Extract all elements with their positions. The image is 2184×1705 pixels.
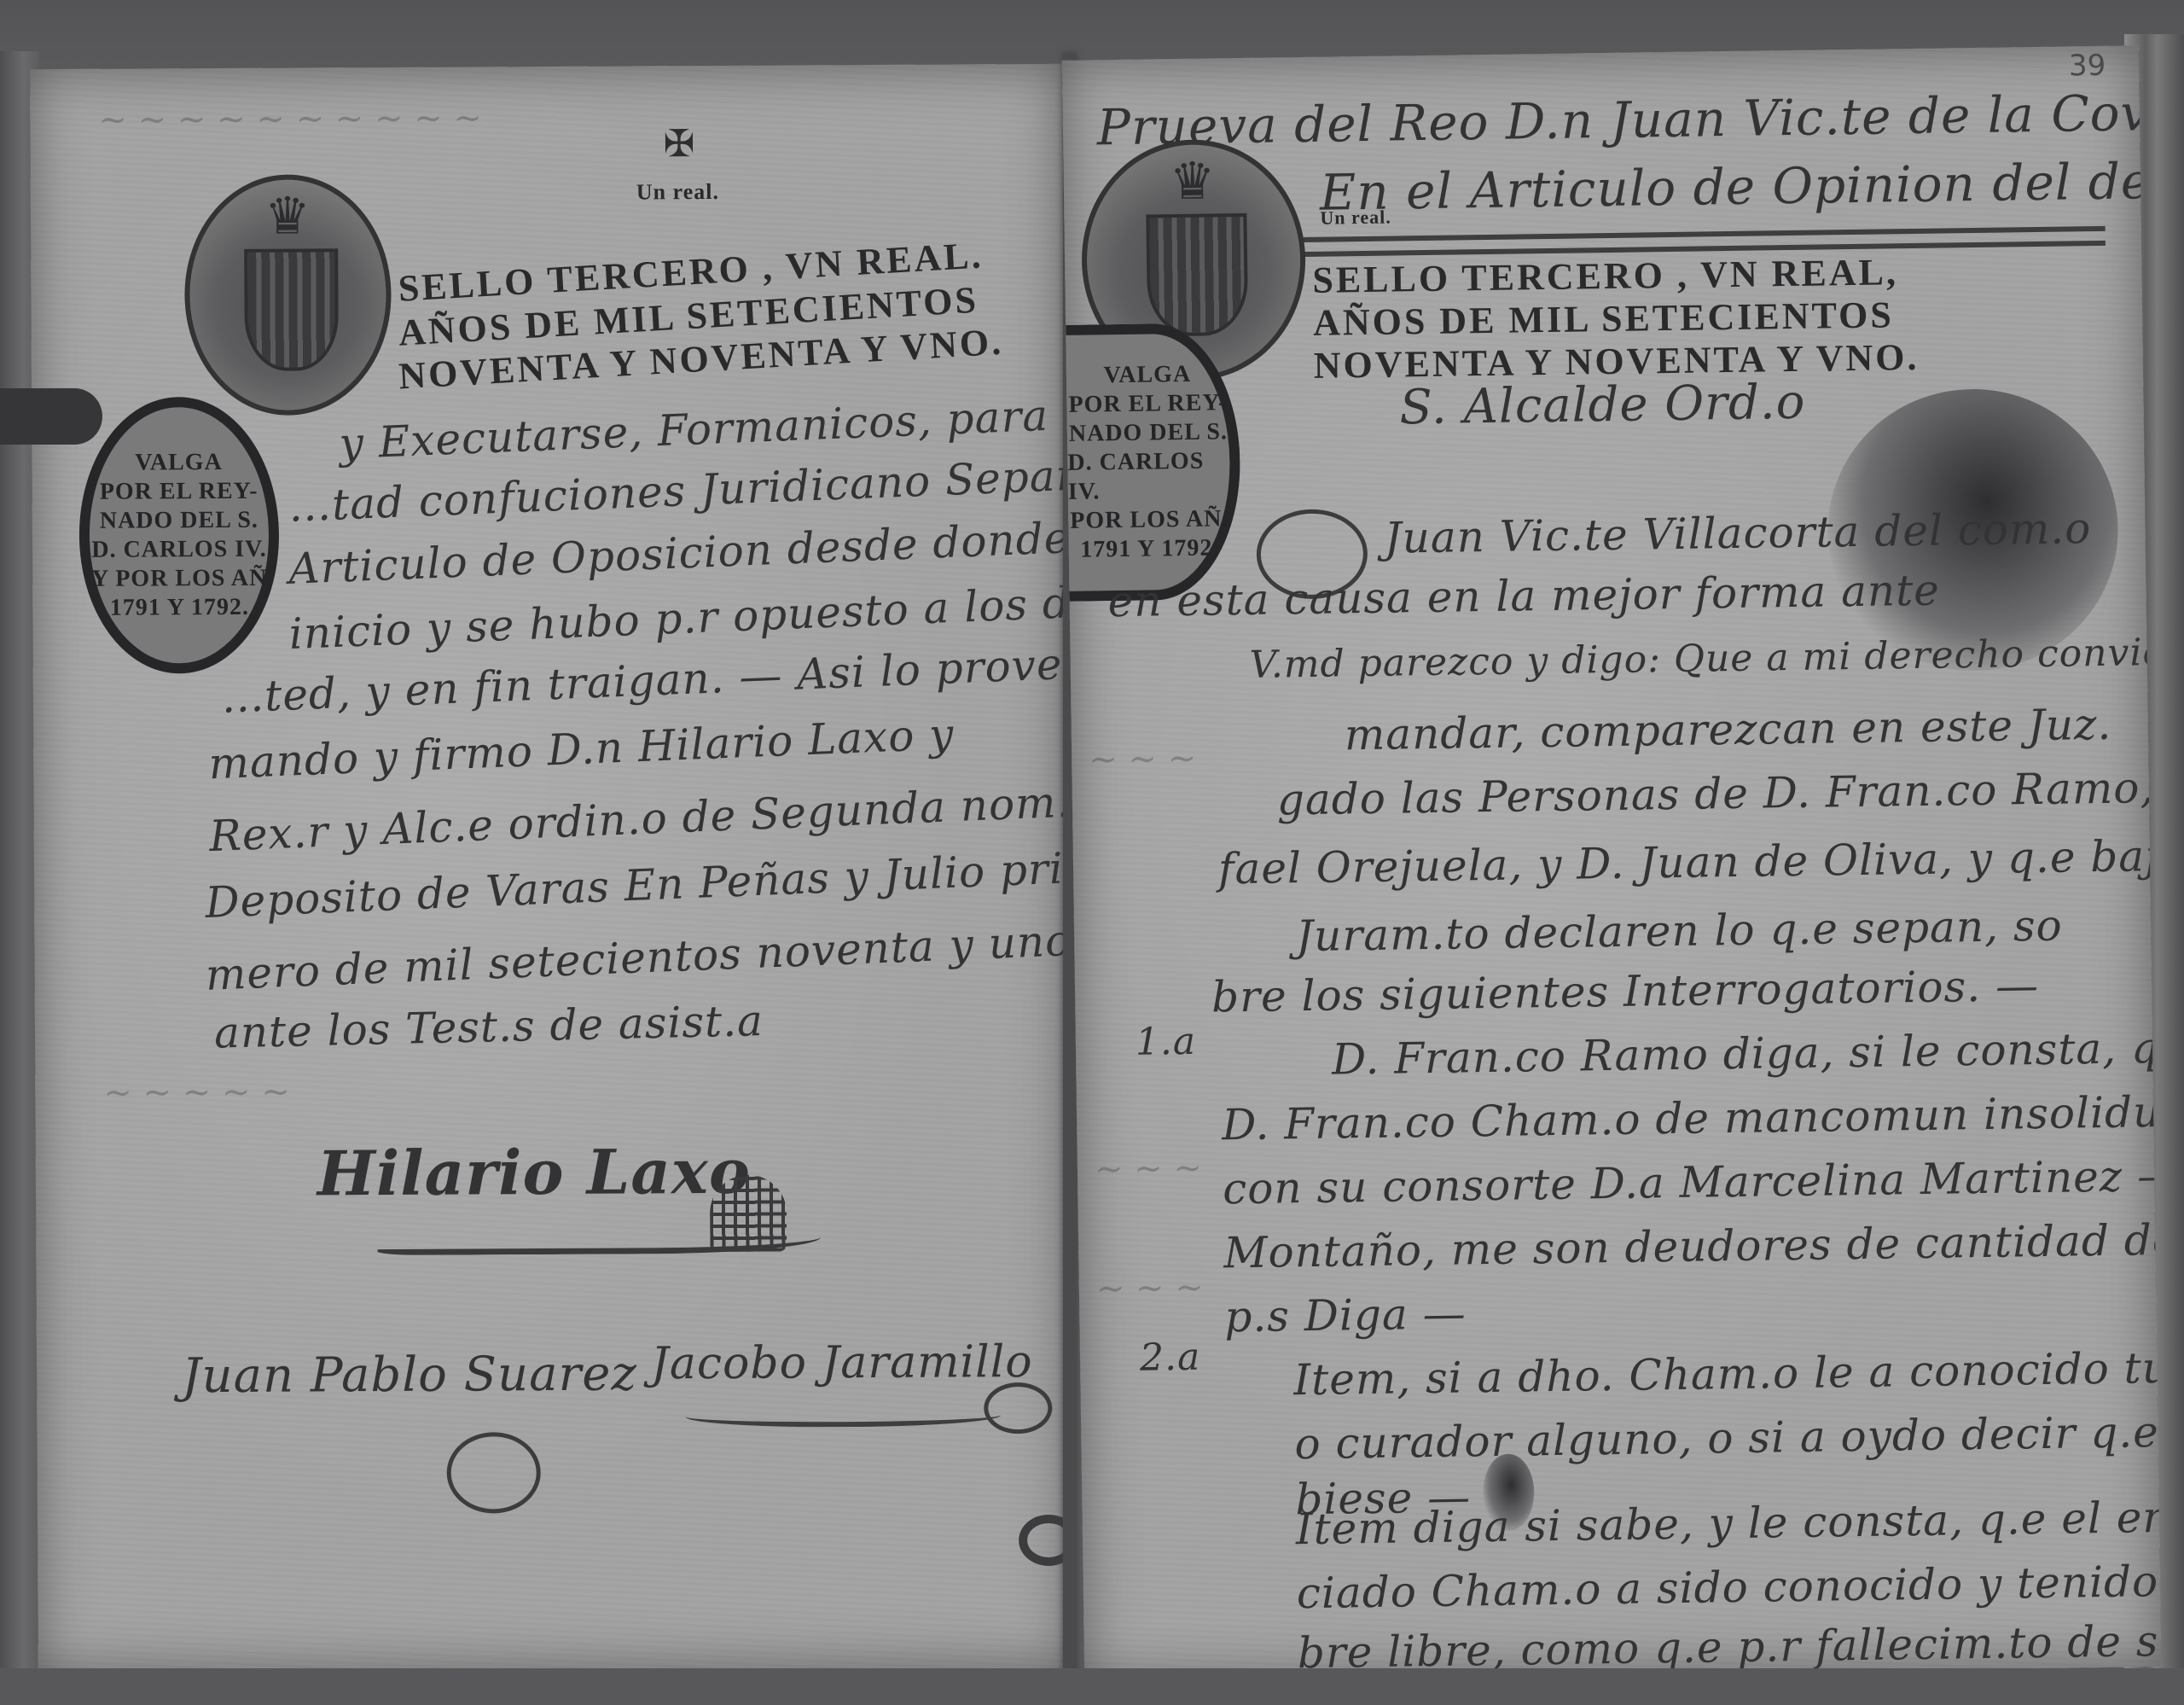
body-line: gado las Personas de D. Fran.co Ramo, Ra	[1277, 765, 2162, 822]
body-line: ante los Test.s de asist.a	[213, 999, 764, 1055]
valga-line: D. CARLOS IV.	[1067, 446, 1230, 507]
valga-line: VALGA	[1103, 360, 1191, 390]
heading-line-1: Prueva del Reo D.n Juan Vic.te de la Cov…	[1096, 88, 2161, 153]
valga-line: Y POR LOS AÑ	[91, 564, 267, 594]
crown-icon: ♛	[264, 186, 311, 246]
body-line: o curador alguno, o si a oydo decir q.e …	[1294, 1409, 2161, 1465]
heading-line-2: En el Articulo de Opinion del deudo	[1320, 155, 2162, 218]
body-line: Rex.r y Alc.e ordin.o de Segunda nom.n p…	[208, 776, 1071, 858]
valga-oval-stamp: VALGA POR EL REY- NADO DEL S. D. CARLOS …	[78, 397, 280, 674]
signature-underline	[685, 1404, 1001, 1428]
body-line: en esta causa en la mejor forma ante	[1107, 569, 1940, 624]
valga-line: D. CARLOS IV.	[91, 535, 267, 565]
right-page: 39 Prueva del Reo D.n Juan Vic.te de la …	[1062, 45, 2161, 1681]
cross-ornament-icon: ✠	[663, 125, 694, 163]
body-line: mandar, comparezcan en este Juz.	[1345, 703, 2112, 757]
stamp-small-mark: Un real.	[636, 181, 719, 204]
margin-note: 1.a	[1136, 1023, 1197, 1062]
body-line: V.md parezco y digo: Que a mi derecho co…	[1249, 631, 2161, 684]
rubric-circle-icon	[446, 1432, 540, 1514]
royal-coat-of-arms-stamp: ♛	[184, 174, 392, 416]
body-line: Juan Vic.te Villacorta del com.o	[1384, 507, 2091, 560]
body-line: Item, si a dho. Cham.o le a conocido tut…	[1293, 1346, 2161, 1401]
body-line: mero de mil setecientos noventa y uno	[205, 919, 1071, 997]
folio-number: 39	[2069, 51, 2106, 81]
body-line: bre libre, como q.e p.r fallecim.to de s…	[1298, 1617, 2162, 1674]
valga-line: NADO DEL S.	[1069, 417, 1228, 449]
body-line: fael Orejuela, y D. Juan de Oliva, y q.e…	[1218, 835, 2162, 891]
signature-hilario-laxo: Hilario Laxo	[317, 1141, 751, 1205]
bleed-through-text: ∼ ∼ ∼	[1095, 1151, 1203, 1187]
shield-icon	[245, 248, 339, 371]
bleed-through-text: ∼ ∼ ∼	[1096, 1271, 1205, 1306]
scan-bottom-shadow	[0, 1668, 2184, 1705]
left-page: ∼ ∼ ∼ ∼ ∼ ∼ ∼ ∼ ∼ ∼ ✠ Un real. ♛ SELLO T…	[30, 64, 1071, 1673]
margin-note: 2.a	[1140, 1339, 1201, 1377]
shield-icon	[1146, 213, 1248, 337]
addressee: S. Alcalde Ord.o	[1399, 379, 1806, 433]
signature-witness-2: Jacobo Jaramillo	[651, 1340, 1033, 1386]
valga-line: NADO DEL S.	[100, 506, 258, 536]
valga-line: POR LOS AÑ.	[1070, 504, 1228, 536]
body-line: bre los siguientes Interrogatorios. —	[1211, 964, 2040, 1019]
body-line: p.s Diga —	[1224, 1292, 1467, 1338]
valga-line: POR EL REY-	[1068, 388, 1227, 420]
body-line: ciado Cham.o a sido conocido y tenido p.…	[1297, 1557, 2162, 1615]
crown-icon: ♛	[1169, 151, 1216, 212]
body-line: Deposito de Varas En Peñas y Julio pri-	[205, 847, 1071, 924]
body-line: D. Fran.co Cham.o de mancomun insolidum	[1222, 1090, 2161, 1146]
bleed-through-text: ∼ ∼ ∼ ∼ ∼ ∼ ∼ ∼ ∼ ∼	[98, 101, 482, 137]
rubric-grid-icon	[710, 1175, 787, 1252]
rubric-loop-icon	[984, 1382, 1052, 1434]
body-line: D. Fran.co Ramo diga, si le consta, que	[1332, 1026, 2161, 1080]
stamp-small-mark: Un real.	[1320, 208, 1391, 228]
body-line: con su consorte D.a Marcelina Martinez —	[1223, 1155, 2161, 1211]
valga-line: 1791 Y 1792.	[1080, 533, 1220, 564]
valga-line: 1791 Y 1792.	[110, 593, 249, 623]
valga-line: VALGA	[135, 448, 223, 478]
stamp-line-1: SELLO TERCERO , VN REAL,	[1312, 253, 1898, 300]
stamp-line-2: AÑOS DE MIL SETECIENTOS	[1313, 296, 1894, 342]
bleed-through-text: ∼ ∼ ∼	[1089, 742, 1197, 777]
body-line: Juram.to declaren lo q.e sepan, so	[1296, 905, 2063, 958]
body-line: Montaño, me son deudores de cantidad de	[1223, 1219, 2161, 1275]
valga-line: POR EL REY-	[100, 477, 258, 507]
body-line: Item diga si sabe, y le consta, q.e el e…	[1296, 1495, 2162, 1551]
bleed-through-text: ∼ ∼ ∼ ∼ ∼	[103, 1075, 290, 1110]
book-clip-tab	[0, 388, 102, 445]
signature-witness-1: Juan Pablo Suarez	[182, 1350, 637, 1400]
body-line: mando y firmo D.n Hilario Laxo y	[208, 713, 955, 785]
